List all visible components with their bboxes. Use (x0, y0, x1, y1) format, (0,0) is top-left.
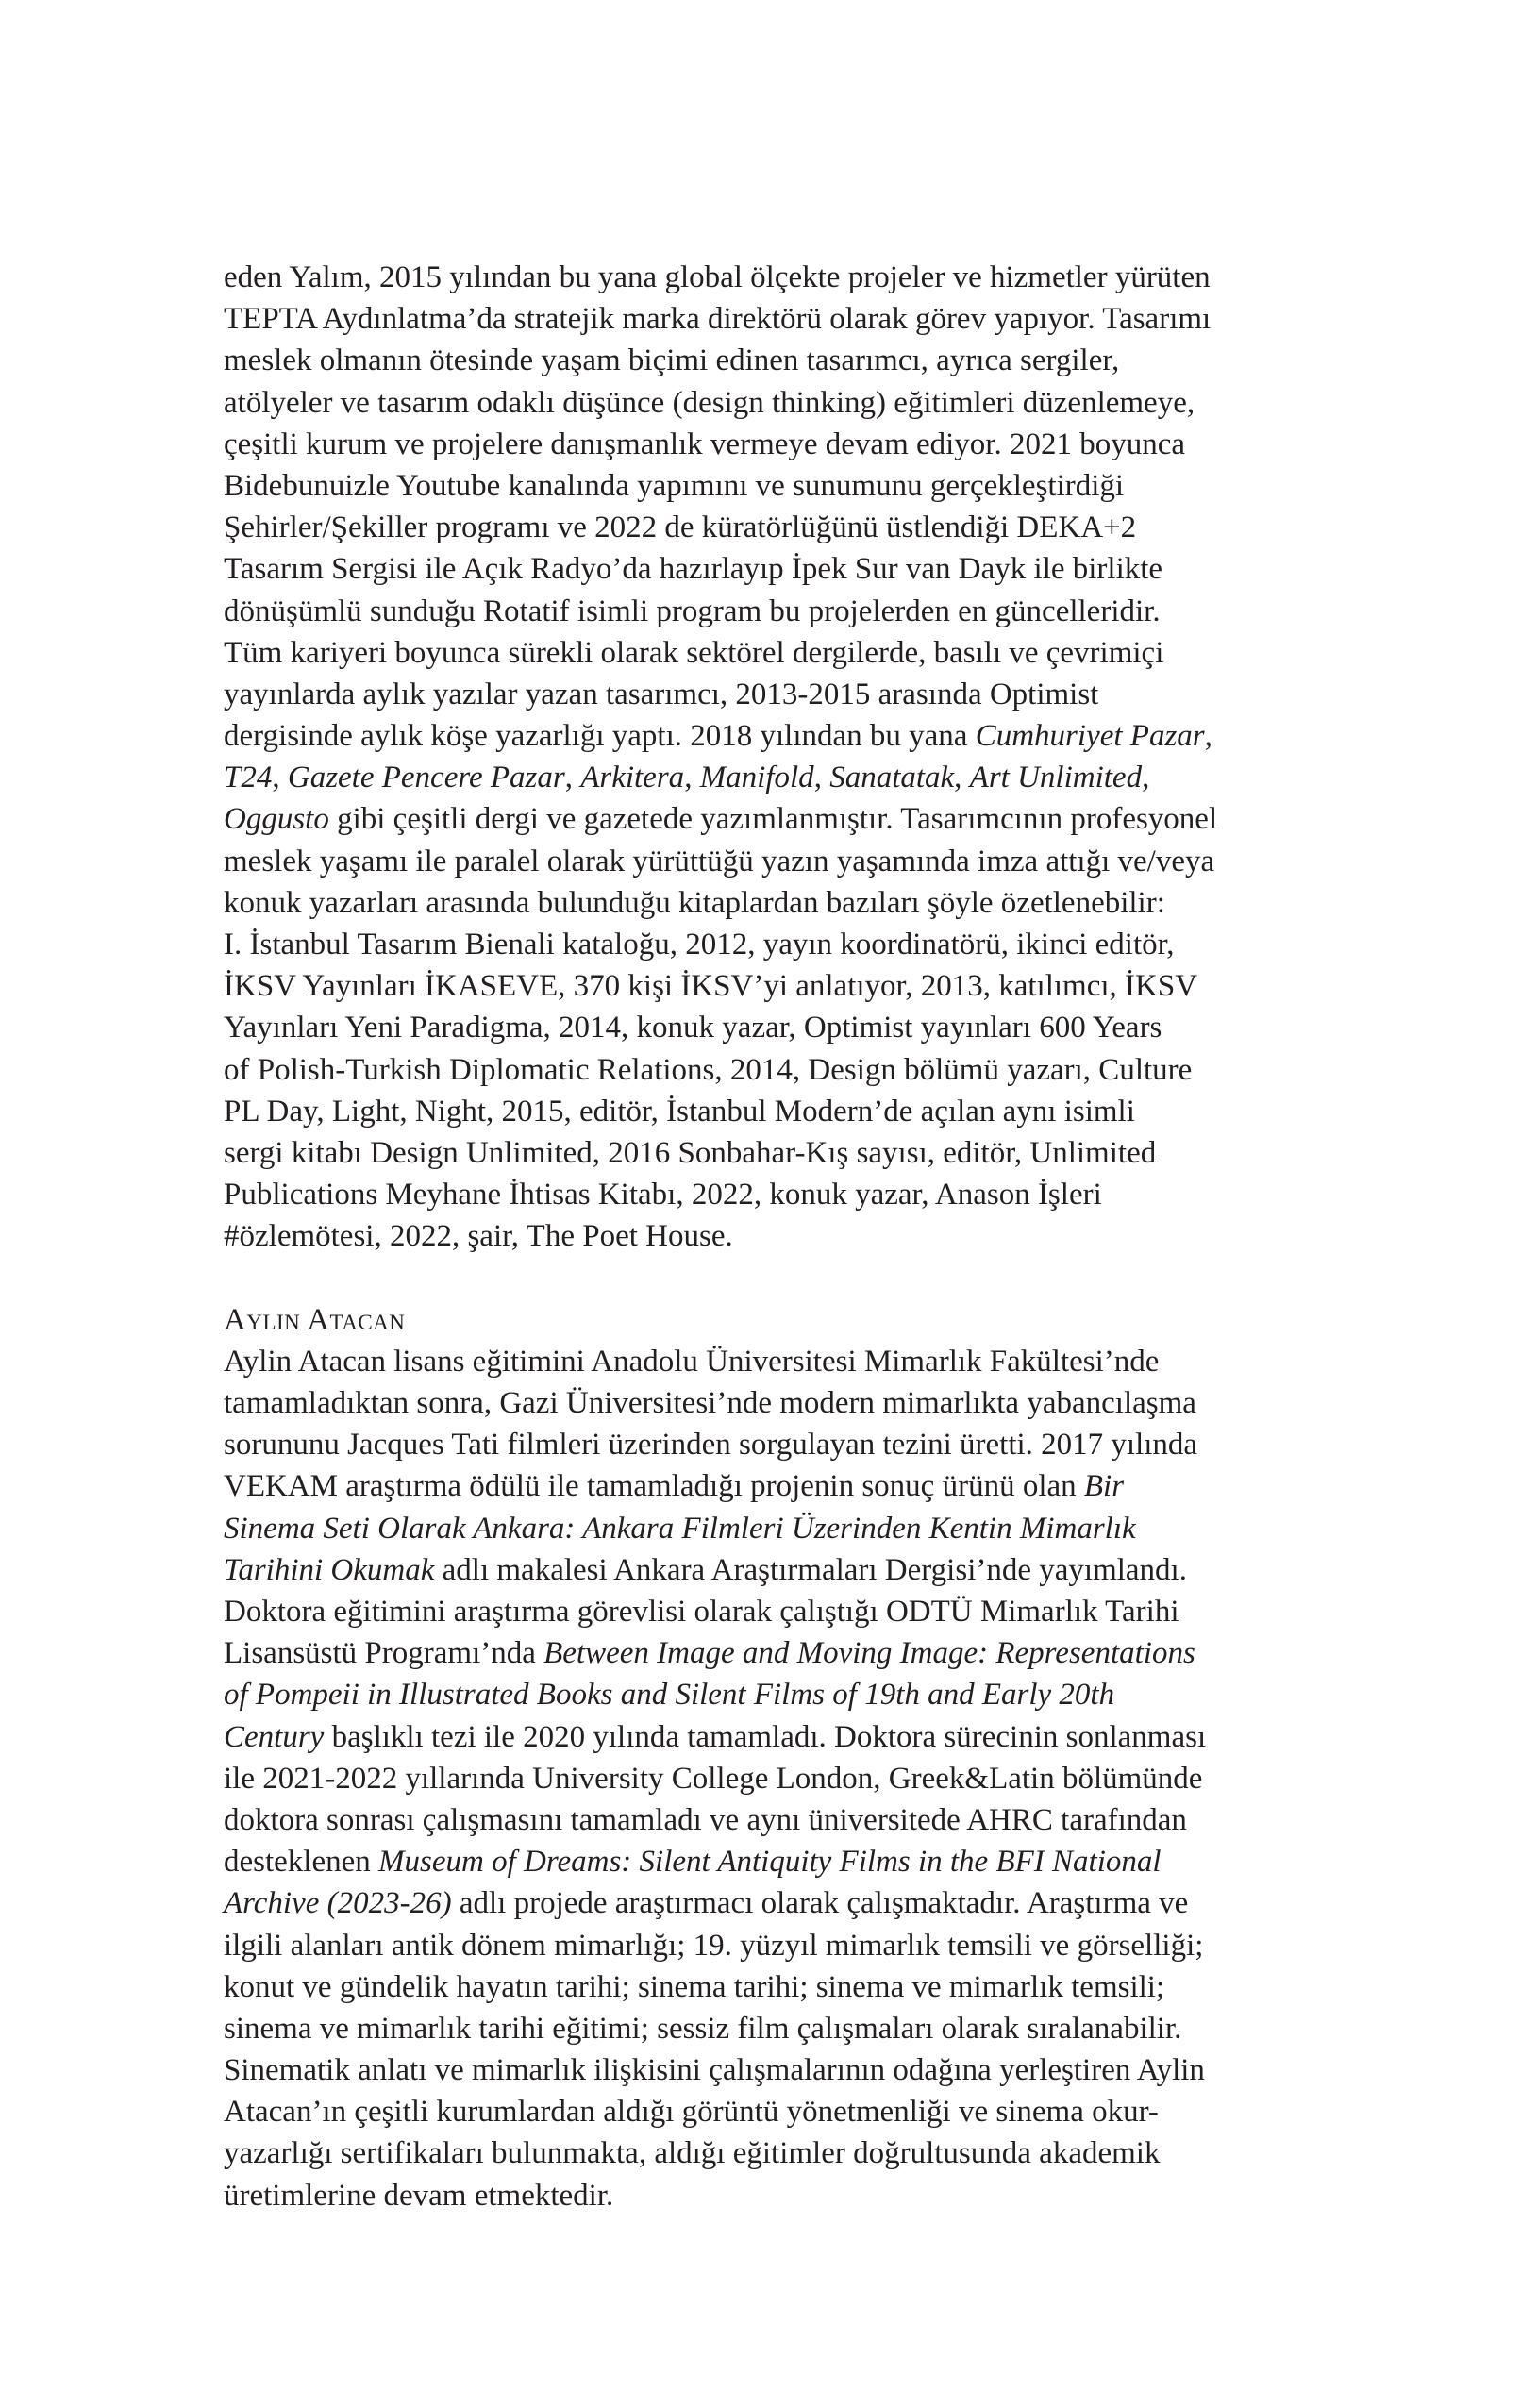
text-line: Doktora eğitimini araştırma görevlisi ol… (224, 1591, 1299, 1632)
text-run: yazarlığı sertifikaları bulunmakta, aldı… (224, 2136, 1160, 2170)
text-run: sergi kitabı Design Unlimited, 2016 Sonb… (224, 1136, 1156, 1170)
italic-title: Sinema Seti Olarak Ankara: Ankara Filmle… (224, 1512, 1136, 1546)
text-line: ile 2021-2022 yıllarında University Coll… (224, 1758, 1299, 1799)
text-run: , (1142, 761, 1149, 794)
text-run: I. İstanbul Tasarım Bienali kataloğu, 20… (224, 928, 1175, 962)
text-run: üretimlerine devam etmektedir. (224, 2179, 613, 2213)
text-run: meslek yaşamı ile paralel olarak yürüttü… (224, 844, 1214, 878)
text-line: VEKAM araştırma ödülü ile tamamladığı pr… (224, 1465, 1299, 1507)
text-run: konut ve gündelik hayatın tarihi; sinema… (224, 1970, 1164, 2004)
italic-title: Sanatatak (829, 761, 954, 794)
text-line: Sinematik anlatı ve mimarlık ilişkisini … (224, 2049, 1299, 2091)
text-line: Atacan’ın çeşitli kurumlardan aldığı gör… (224, 2091, 1299, 2132)
bio-paragraph-continuation: eden Yalım, 2015 yılından bu yana global… (224, 257, 1299, 1258)
text-run: dergisinde aylık köşe yazarlığı yaptı. 2… (224, 719, 976, 753)
text-run: konuk yazarları arasında bulunduğu kitap… (224, 886, 1165, 920)
text-line: ilgili alanları antik dönem mimarlığı; 1… (224, 1925, 1299, 1966)
text-run: dönüşümlü sunduğu Rotatif isimli program… (224, 594, 1161, 628)
text-run: ilgili alanları antik dönem mimarlığı; 1… (224, 1929, 1203, 1963)
text-line: yayınlarda aylık yazılar yazan tasarımcı… (224, 674, 1299, 715)
italic-title: of Pompeii in Illustrated Books and Sile… (224, 1678, 1114, 1712)
text-run: PL Day, Light, Night, 2015, editör, İsta… (224, 1095, 1135, 1129)
text-run: atölyeler ve tasarım odaklı düşünce (des… (224, 386, 1195, 420)
text-run: İKSV Yayınları İKASEVE, 370 kişi İKSV’yi… (224, 969, 1197, 1003)
text-line: TEPTA Aydınlatma’da stratejik marka dire… (224, 298, 1299, 340)
text-line: Şehirler/Şekiller programı ve 2022 de kü… (224, 507, 1299, 548)
text-run: Sinematik anlatı ve mimarlık ilişkisini … (224, 2053, 1205, 2087)
italic-title: Oggusto (224, 802, 329, 836)
text-run: Şehirler/Şekiller programı ve 2022 de kü… (224, 510, 1136, 544)
text-line: I. İstanbul Tasarım Bienali kataloğu, 20… (224, 924, 1299, 965)
text-line: sinema ve mimarlık tarihi eğitimi; sessi… (224, 2008, 1299, 2049)
text-line: Aylin Atacan lisans eğitimini Anadolu Ün… (224, 1341, 1299, 1382)
text-run: Lisansüstü Programı’nda (224, 1636, 543, 1670)
text-line: Tüm kariyeri boyunca sürekli olarak sekt… (224, 632, 1299, 674)
text-run: eden Yalım, 2015 yılından bu yana global… (224, 260, 1211, 294)
text-run: Aylin Atacan lisans eğitimini Anadolu Ün… (224, 1345, 1159, 1379)
text-run: yayınlarda aylık yazılar yazan tasarımcı… (224, 677, 1098, 711)
section-heading-aylin-atacan: Aylin Atacan (224, 1299, 1299, 1341)
text-line: of Polish-Turkish Diplomatic Relations, … (224, 1049, 1299, 1091)
text-run: , (1205, 719, 1212, 753)
text-run: Atacan’ın çeşitli kurumlardan aldığı gör… (224, 2095, 1159, 2129)
text-line: #özlemötesi, 2022, şair, The Poet House. (224, 1215, 1299, 1257)
text-run: desteklenen (224, 1845, 378, 1879)
text-line: tamamladıktan sonra, Gazi Üniversitesi’n… (224, 1382, 1299, 1424)
text-run: tamamladıktan sonra, Gazi Üniversitesi’n… (224, 1386, 1196, 1420)
text-run: #özlemötesi, 2022, şair, The Poet House. (224, 1219, 733, 1253)
text-run: , (272, 761, 288, 794)
text-line: doktora sonrası çalışmasını tamamladı ve… (224, 1799, 1299, 1841)
italic-title: Cumhuriyet Pazar (976, 719, 1205, 753)
text-run: Tasarım Sergisi ile Açık Radyo’da hazırl… (224, 552, 1162, 586)
text-run: Doktora eğitimini araştırma görevlisi ol… (224, 1595, 1179, 1629)
text-run: Publications Meyhane İhtisas Kitabı, 202… (224, 1178, 1102, 1212)
text-run: , (814, 761, 830, 794)
paragraph-gap (224, 1258, 1299, 1299)
text-run: Tüm kariyeri boyunca sürekli olarak sekt… (224, 636, 1163, 670)
text-line: Bidebunuizle Youtube kanalında yapımını … (224, 465, 1299, 507)
text-run: adlı projede araştırmacı olarak çalışmak… (452, 1886, 1189, 1920)
italic-title: Century (224, 1720, 324, 1754)
italic-title: Art Unlimited (970, 761, 1142, 794)
text-line: PL Day, Light, Night, 2015, editör, İsta… (224, 1091, 1299, 1132)
text-line: yazarlığı sertifikaları bulunmakta, aldı… (224, 2132, 1299, 2174)
italic-title: Between Image and Moving Image: Represen… (543, 1636, 1195, 1670)
italic-title: Gazete Pencere Pazar (288, 761, 565, 794)
text-line: meslek olmanın ötesinde yaşam biçimi edi… (224, 340, 1299, 381)
text-run: gibi çeşitli dergi ve gazetede yazımlanm… (329, 802, 1217, 836)
text-line: konut ve gündelik hayatın tarihi; sinema… (224, 1966, 1299, 2008)
text-line: Archive (2023-26) adlı projede araştırma… (224, 1882, 1299, 1924)
text-line: meslek yaşamı ile paralel olarak yürüttü… (224, 841, 1299, 882)
text-line: T24, Gazete Pencere Pazar, Arkitera, Man… (224, 757, 1299, 798)
text-run: doktora sonrası çalışmasını tamamladı ve… (224, 1803, 1187, 1837)
text-run: , (565, 761, 581, 794)
italic-title: Archive (2023-26) (224, 1886, 452, 1920)
text-column: eden Yalım, 2015 yılından bu yana global… (224, 257, 1299, 2216)
text-line: Century başlıklı tezi ile 2020 yılında t… (224, 1716, 1299, 1758)
text-line: Oggusto gibi çeşitli dergi ve gazetede y… (224, 798, 1299, 840)
text-run: meslek olmanın ötesinde yaşam biçimi edi… (224, 343, 1119, 377)
bio-paragraph-aylin-atacan: Aylin Atacan lisans eğitimini Anadolu Ün… (224, 1341, 1299, 2216)
text-line: üretimlerine devam etmektedir. (224, 2175, 1299, 2216)
text-line: Yayınları Yeni Paradigma, 2014, konuk ya… (224, 1007, 1299, 1048)
text-run: Yayınları Yeni Paradigma, 2014, konuk ya… (224, 1011, 1162, 1045)
italic-title: Tarihini Okumak (224, 1553, 434, 1587)
text-line: Tarihini Okumak adlı makalesi Ankara Ara… (224, 1549, 1299, 1591)
book-page: eden Yalım, 2015 yılından bu yana global… (0, 0, 1538, 2408)
text-run: VEKAM araştırma ödülü ile tamamladığı pr… (224, 1469, 1084, 1503)
text-line: atölyeler ve tasarım odaklı düşünce (des… (224, 382, 1299, 424)
text-run: sinema ve mimarlık tarihi eğitimi; sessi… (224, 2012, 1181, 2046)
text-line: sergi kitabı Design Unlimited, 2016 Sonb… (224, 1132, 1299, 1174)
text-line: sorununu Jacques Tati filmleri üzerinden… (224, 1424, 1299, 1465)
text-line: dergisinde aylık köşe yazarlığı yaptı. 2… (224, 715, 1299, 757)
text-run: ile 2021-2022 yıllarında University Coll… (224, 1762, 1202, 1796)
text-run: , (954, 761, 970, 794)
text-line: çeşitli kurum ve projelere danışmanlık v… (224, 424, 1299, 465)
text-line: Tasarım Sergisi ile Açık Radyo’da hazırl… (224, 548, 1299, 590)
text-run: Bidebunuizle Youtube kanalında yapımını … (224, 469, 1124, 503)
text-line: Lisansüstü Programı’nda Between Image an… (224, 1632, 1299, 1674)
text-run: sorununu Jacques Tati filmleri üzerinden… (224, 1428, 1197, 1462)
text-run: adlı makalesi Ankara Araştırmaları Dergi… (434, 1553, 1187, 1587)
text-line: desteklenen Museum of Dreams: Silent Ant… (224, 1841, 1299, 1882)
text-line: Sinema Seti Olarak Ankara: Ankara Filmle… (224, 1508, 1299, 1549)
text-line: Publications Meyhane İhtisas Kitabı, 202… (224, 1174, 1299, 1215)
text-run: başlıklı tezi ile 2020 yılında tamamladı… (324, 1720, 1206, 1754)
text-run: TEPTA Aydınlatma’da stratejik marka dire… (224, 302, 1211, 336)
text-line: eden Yalım, 2015 yılından bu yana global… (224, 257, 1299, 298)
text-line: dönüşümlü sunduğu Rotatif isimli program… (224, 591, 1299, 632)
italic-title: Museum of Dreams: Silent Antiquity Films… (378, 1845, 1162, 1879)
text-line: İKSV Yayınları İKASEVE, 370 kişi İKSV’yi… (224, 965, 1299, 1007)
text-line: of Pompeii in Illustrated Books and Sile… (224, 1674, 1299, 1715)
text-line: konuk yazarları arasında bulunduğu kitap… (224, 882, 1299, 924)
text-run: of Polish-Turkish Diplomatic Relations, … (224, 1053, 1192, 1087)
text-run: , (684, 761, 700, 794)
text-run: çeşitli kurum ve projelere danışmanlık v… (224, 427, 1185, 461)
italic-title: T24 (224, 761, 272, 794)
italic-title: Manifold (700, 761, 814, 794)
italic-title: Bir (1084, 1469, 1124, 1503)
italic-title: Arkitera (580, 761, 684, 794)
